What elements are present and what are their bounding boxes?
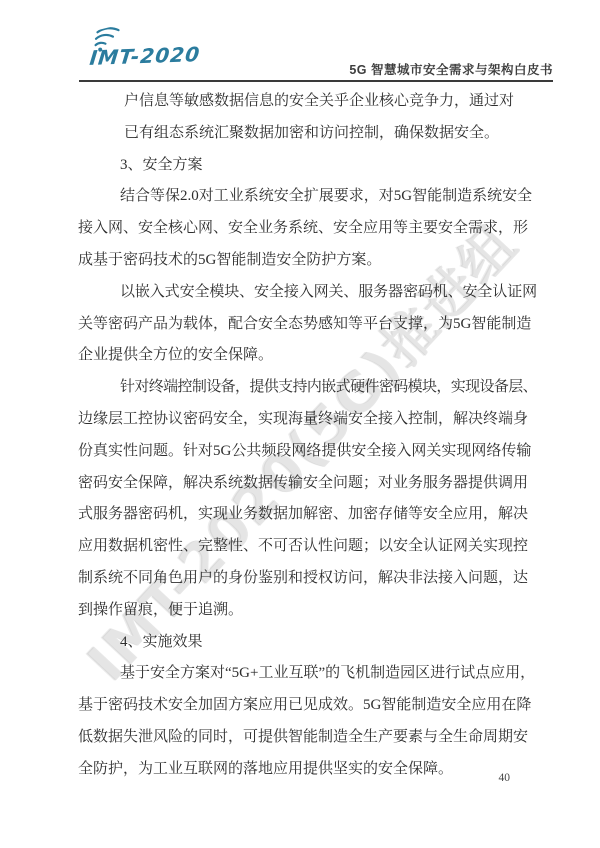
body-line: 基于密码技术安全加固方案应用已见成效。5G智能制造安全应用在降	[78, 690, 537, 722]
body-line: 关等密码产品为载体，配合安全态势感知等平台支撑，为5G智能制造	[78, 309, 537, 341]
body-line: 应用数据机密性、完整性、不可否认性问题；以安全认证网关实现控	[78, 531, 537, 563]
document-page: IMT-2020(5G)推进组 IMT-2020 5G 智慧城市安全需求与架构白…	[0, 0, 600, 848]
section-heading: 3、安全方案	[78, 150, 537, 182]
body-line: 式服务器密码机，实现业务数据加解密、加密存储等安全应用，解决	[78, 499, 537, 531]
body-line: 结合等保2.0对工业系统安全扩展要求，对5G智能制造系统安全	[78, 181, 537, 213]
body-line: 基于安全方案对“5G+工业互联”的飞机制造园区进行试点应用，	[78, 658, 537, 690]
body-line: 边缘层工控协议密码安全，实现海量终端安全接入控制，解决终端身	[78, 404, 537, 436]
body-line: 接入网、安全核心网、安全业务系统、安全应用等主要安全需求，形	[78, 213, 537, 245]
document-title: 5G 智慧城市安全需求与架构白皮书	[349, 60, 553, 78]
section-heading: 4、实施效果	[78, 627, 537, 659]
body-line: 已有组态系统汇聚数据加密和访问控制，确保数据安全。	[124, 118, 537, 150]
body-line: 以嵌入式安全模块、安全接入网关、服务器密码机、安全认证网	[78, 277, 537, 309]
paragraph: 户信息等敏感数据信息的安全关乎企业核心竞争力，通过对已有组态系统汇聚数据加密和访…	[124, 86, 537, 150]
imt-2020-logo: IMT-2020	[90, 28, 220, 74]
body-line: 3、安全方案	[78, 150, 537, 182]
body-line: 户信息等敏感数据信息的安全关乎企业核心竞争力，通过对	[124, 86, 537, 118]
header-divider	[79, 80, 553, 82]
paragraph: 结合等保2.0对工业系统安全扩展要求，对5G智能制造系统安全接入网、安全核心网、…	[78, 181, 537, 276]
paragraph: 针对终端控制设备，提供支持内嵌式硬件密码模块，实现设备层、边缘层工控协议密码安全…	[78, 372, 537, 626]
body-line: 企业提供全方位的安全保障。	[78, 340, 537, 372]
logo-text: IMT-2020	[88, 42, 201, 70]
body-line: 4、实施效果	[78, 627, 537, 659]
body-line: 低数据失泄风险的同时，可提供智能制造全生产要素与全生命周期安	[78, 722, 537, 754]
paragraph: 基于安全方案对“5G+工业互联”的飞机制造园区进行试点应用，基于密码技术安全加固…	[78, 658, 537, 785]
body-line: 制系统不同角色用户的身份鉴别和授权访问，解决非法接入问题，达	[78, 563, 537, 595]
document-body: 户信息等敏感数据信息的安全关乎企业核心竞争力，通过对已有组态系统汇聚数据加密和访…	[78, 86, 537, 786]
body-line: 针对终端控制设备，提供支持内嵌式硬件密码模块，实现设备层、	[78, 372, 537, 404]
body-line: 份真实性问题。针对5G公共频段网络提供安全接入网关实现网络传输	[78, 436, 537, 468]
paragraph: 以嵌入式安全模块、安全接入网关、服务器密码机、安全认证网关等密码产品为载体，配合…	[78, 277, 537, 372]
body-line: 成基于密码技术的5G智能制造安全防护方案。	[78, 245, 537, 277]
body-line: 密码安全保障，解决系统数据传输安全问题；对业务服务器提供调用	[78, 468, 537, 500]
body-line: 到操作留痕，便于追溯。	[78, 595, 537, 627]
page-number: 40	[420, 772, 510, 784]
